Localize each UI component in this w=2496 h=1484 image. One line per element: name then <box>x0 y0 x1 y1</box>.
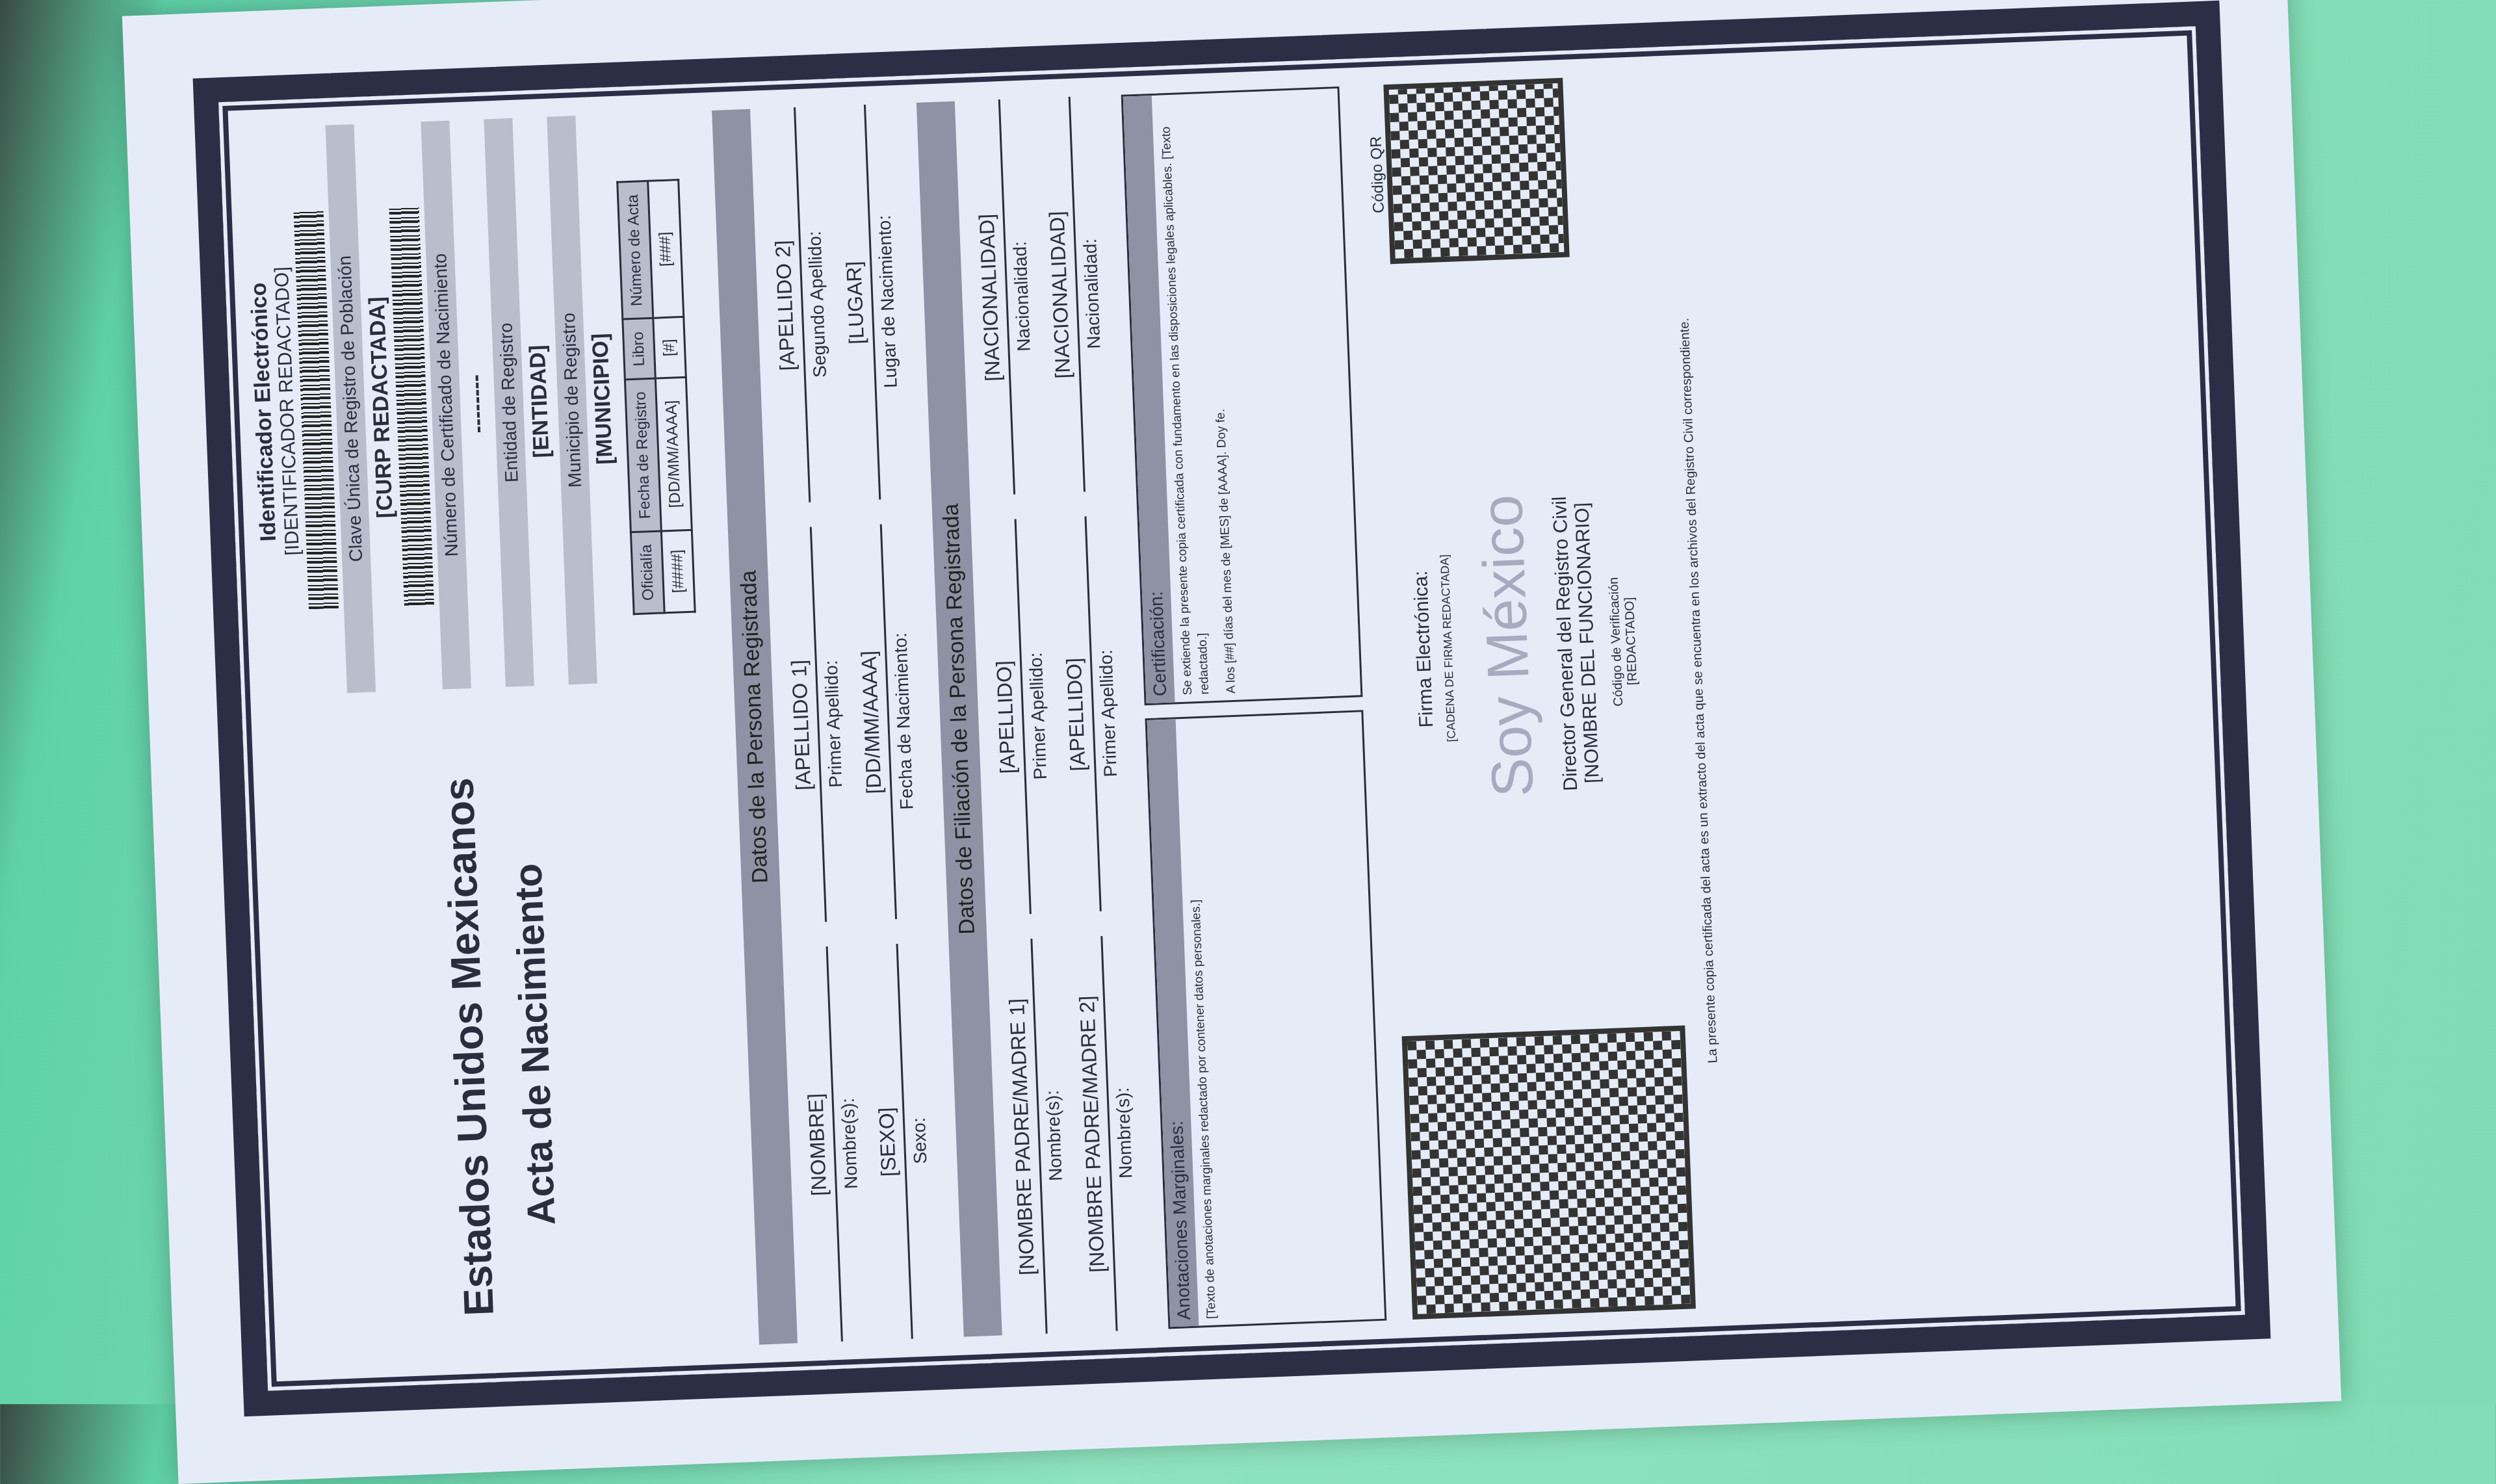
document-title: Acta de Nacimiento <box>500 735 569 1354</box>
registry-header: Número de Acta <box>617 181 653 320</box>
rotated-content: Estados Unidos Mexicanos Acta de Nacimie… <box>166 0 2298 1404</box>
marginal-notes-box: Anotaciones Marginales: [Texto de anotac… <box>1145 710 1386 1329</box>
registry-cell: [###] <box>648 180 684 319</box>
registry-header: Oficialía <box>630 531 664 614</box>
brand-text: Soy México <box>1460 259 1557 1033</box>
qr-code-icon <box>1383 78 1569 264</box>
document-page: Estados Unidos Mexicanos Acta de Nacimie… <box>122 0 2341 1404</box>
registry-cell: [DD/MM/AAAA] <box>655 377 692 531</box>
qr-code-icon <box>1402 1026 1696 1320</box>
title-block: Estados Unidos Mexicanos Acta de Nacimie… <box>264 729 733 1363</box>
registry-table: Oficialía Fecha de Registro Libro Número… <box>616 179 696 615</box>
registry-cell: [####] <box>661 530 695 612</box>
signature-area: Firma Electrónica: [CADENA DE FIRMA REDA… <box>1365 75 1696 1320</box>
document-body: Estados Unidos Mexicanos Acta de Nacimie… <box>240 55 2224 1363</box>
registry-cell: [#] <box>653 317 686 378</box>
notes-and-certification: Anotaciones Marginales: [Texto de anotac… <box>1121 86 1387 1329</box>
certification-box: Certificación: Se extiende la presente c… <box>1121 86 1363 705</box>
header: Estados Unidos Mexicanos Acta de Nacimie… <box>240 112 733 1363</box>
signature-block: Firma Electrónica: [CADENA DE FIRMA REDA… <box>1372 255 1654 1036</box>
country-title: Estados Unidos Mexicanos <box>433 737 504 1356</box>
registry-header: Libro <box>623 319 656 380</box>
qr-block-right: Código QR <box>1365 78 1569 265</box>
identifiers-block: Identificador Electrónico [IDENTIFICADOR… <box>240 112 708 697</box>
